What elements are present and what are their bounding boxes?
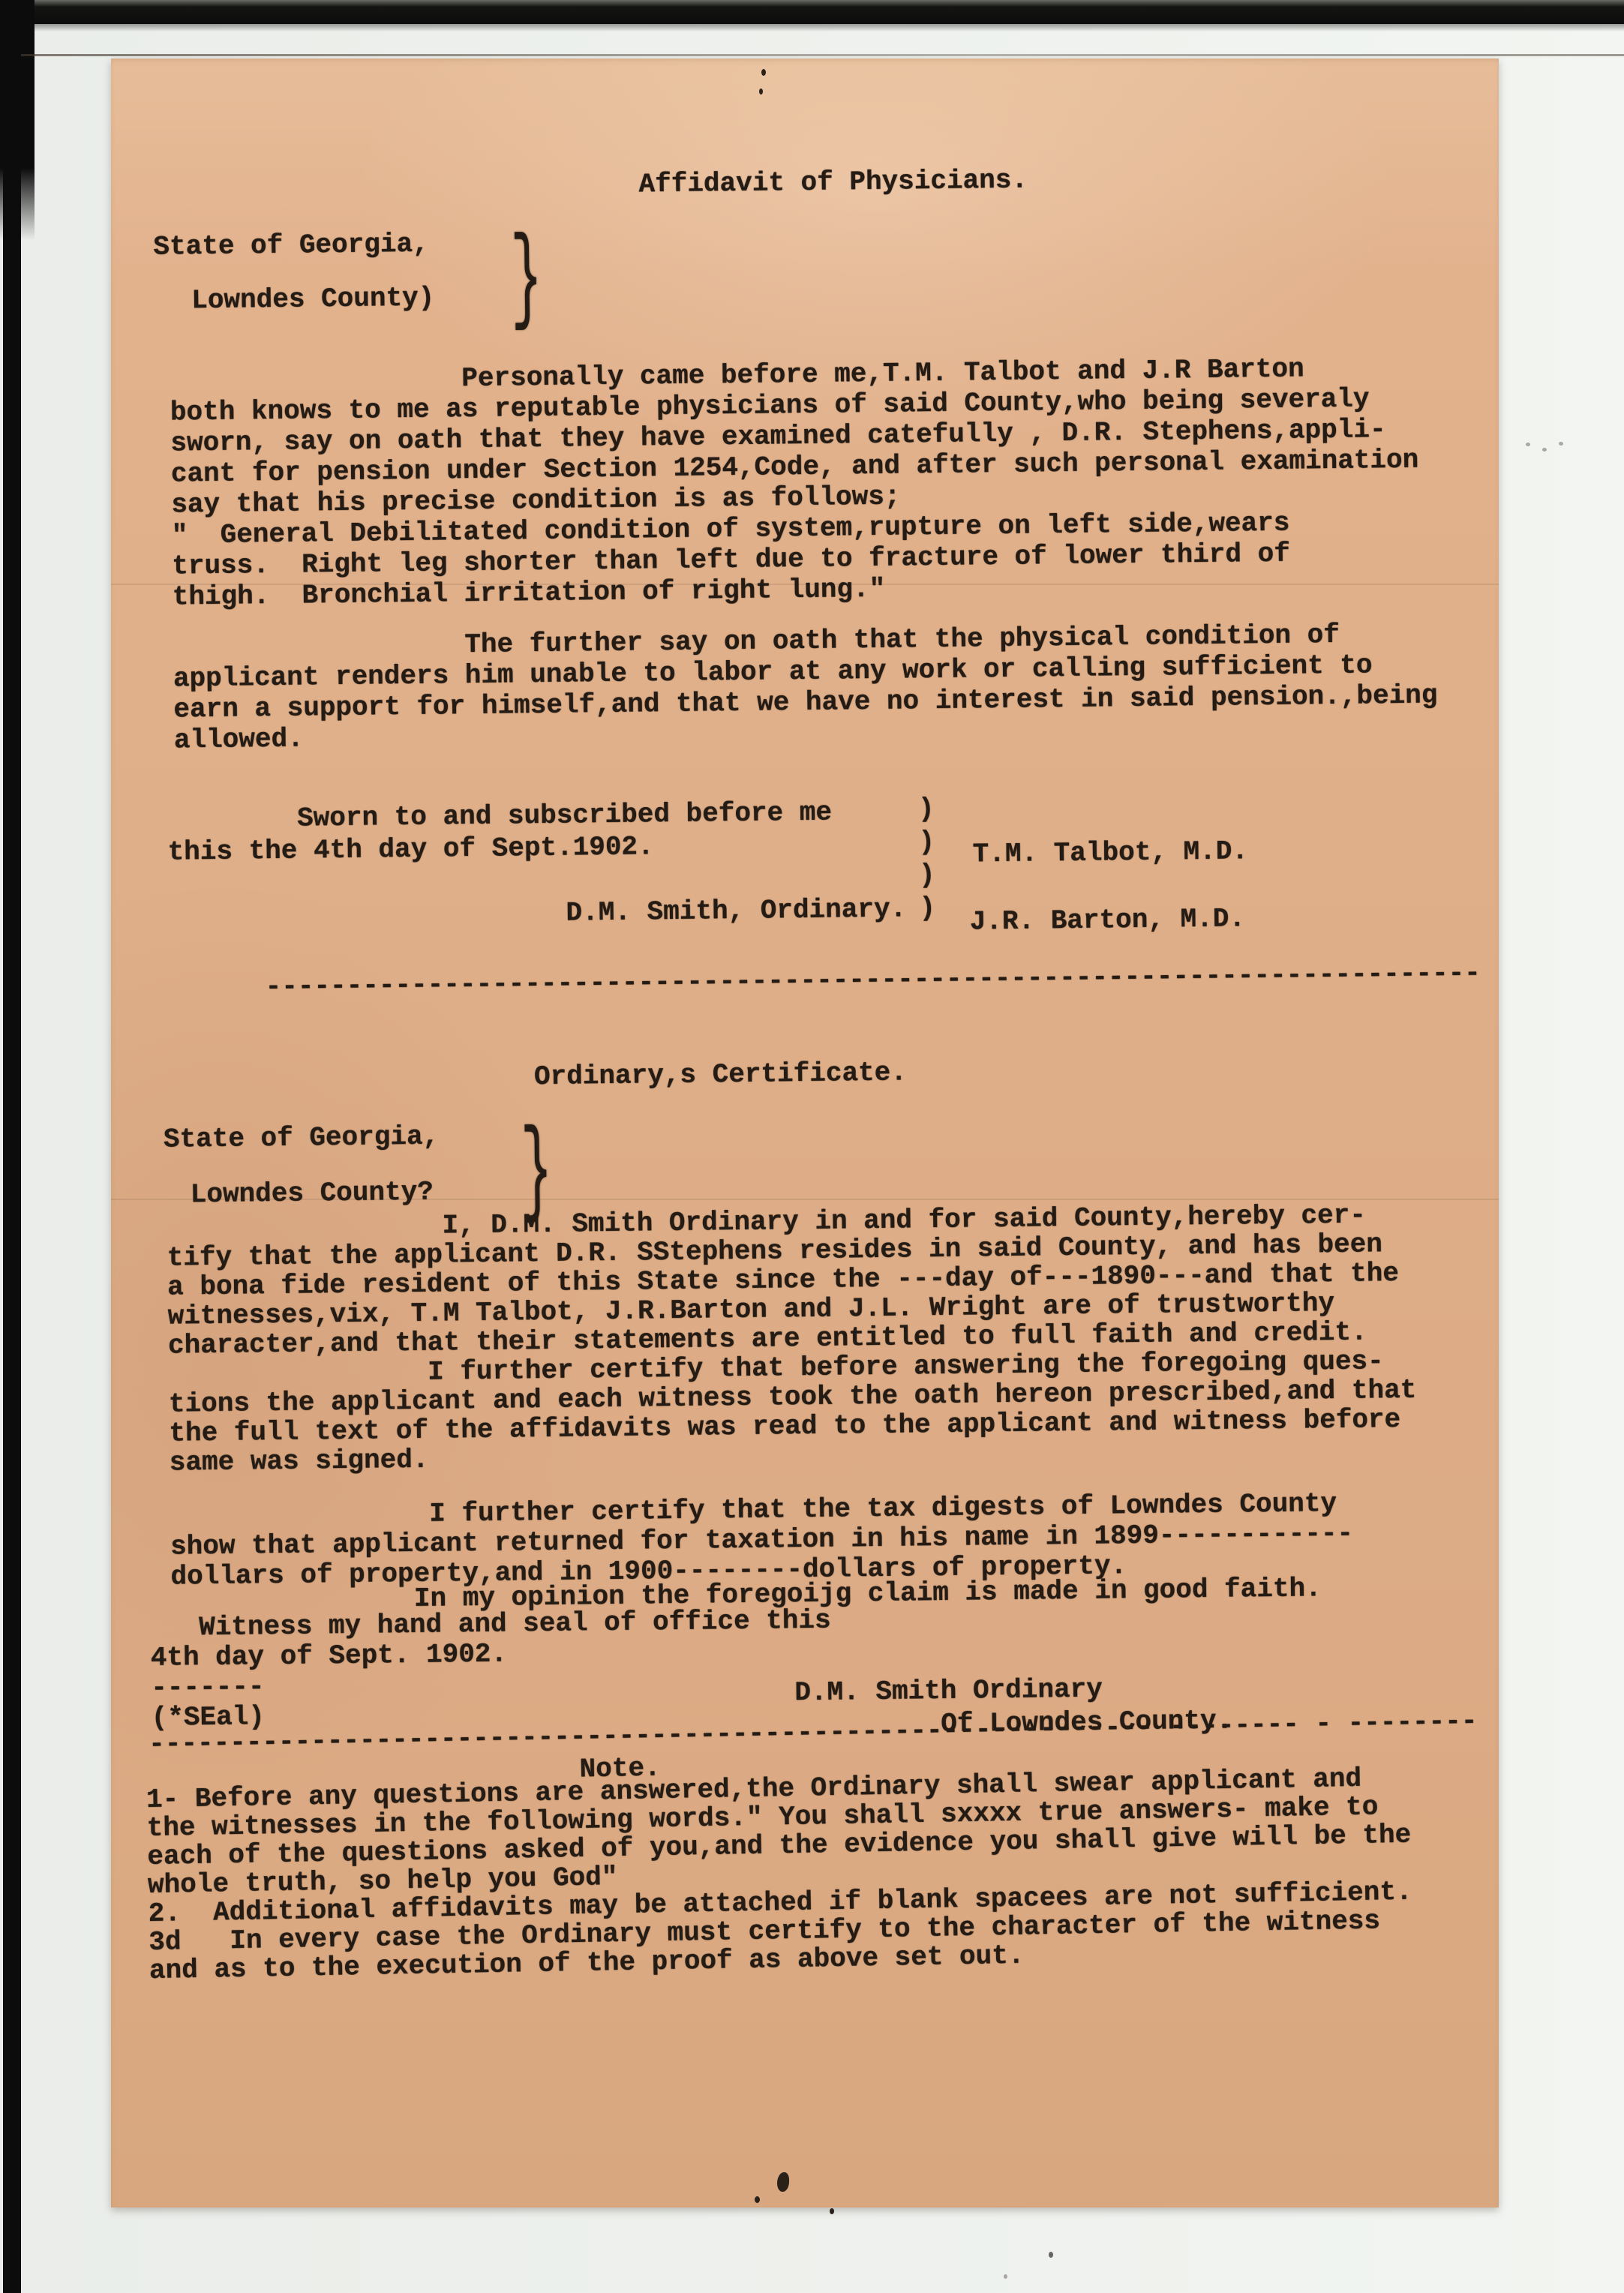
certificate-venue-county: Lowndes County? <box>191 1177 434 1211</box>
scanner-left-corner <box>0 0 35 240</box>
affidavit-paragraph: Personally came before me,T.M. Talbot an… <box>170 353 1420 613</box>
paper-sheet: Affidavit of Physicians. State of Georgi… <box>111 59 1499 2207</box>
affidavit-paragraph-2: The further say on oath that the physica… <box>173 618 1438 755</box>
scanner-top-band <box>0 0 1624 24</box>
scanned-page: { "scan": { "paper_color": "#dfae89", "i… <box>0 0 1624 2293</box>
venue-state: State of Georgia, <box>153 229 429 263</box>
scanner-left-edge <box>3 0 21 2293</box>
certificate-venue-state: State of Georgia, <box>164 1121 440 1155</box>
scan-dot <box>1526 443 1530 446</box>
certificate-paragraph-1: I, D.M. Smith Ordinary in and for said C… <box>167 1200 1417 1478</box>
note-body: 1- Before any questions are answered,the… <box>146 1764 1413 1985</box>
physician-signature-2: J.R. Barton, M.D. <box>969 903 1245 937</box>
venue-county: Lowndes County) <box>191 283 435 317</box>
jurat-officer-line: D.M. Smith, Ordinary. <box>566 893 906 928</box>
typed-text-layer: Affidavit of Physicians. State of Georgi… <box>109 45 1520 2210</box>
certificate-title: Ordinary,s Certificate. <box>534 1057 907 1092</box>
jurat-date-line: this the 4th day of Sept.1902. <box>167 831 654 867</box>
physician-signature-1: T.M. Talbot, M.D. <box>972 836 1248 869</box>
scanner-top-band-shadow <box>0 24 1624 32</box>
venue-brace: } <box>510 235 542 329</box>
certificate-venue-brace: } <box>521 1127 553 1222</box>
section-divider: ----------------------------------------… <box>265 958 1481 1002</box>
scan-dot <box>1559 442 1563 446</box>
witness-seal-block: Witness my hand and seal of office this … <box>150 1606 832 1733</box>
scan-dot <box>1049 2252 1053 2258</box>
scan-dot <box>1004 2274 1007 2279</box>
ink-speck <box>830 2208 834 2214</box>
document-title: Affidavit of Physicians. <box>638 165 1028 200</box>
jurat-sworn-line: Sworn to and subscribed before me <box>297 797 832 834</box>
scan-dot <box>1542 448 1547 452</box>
jurat-brace-column: ) ) ) ) <box>918 793 936 925</box>
